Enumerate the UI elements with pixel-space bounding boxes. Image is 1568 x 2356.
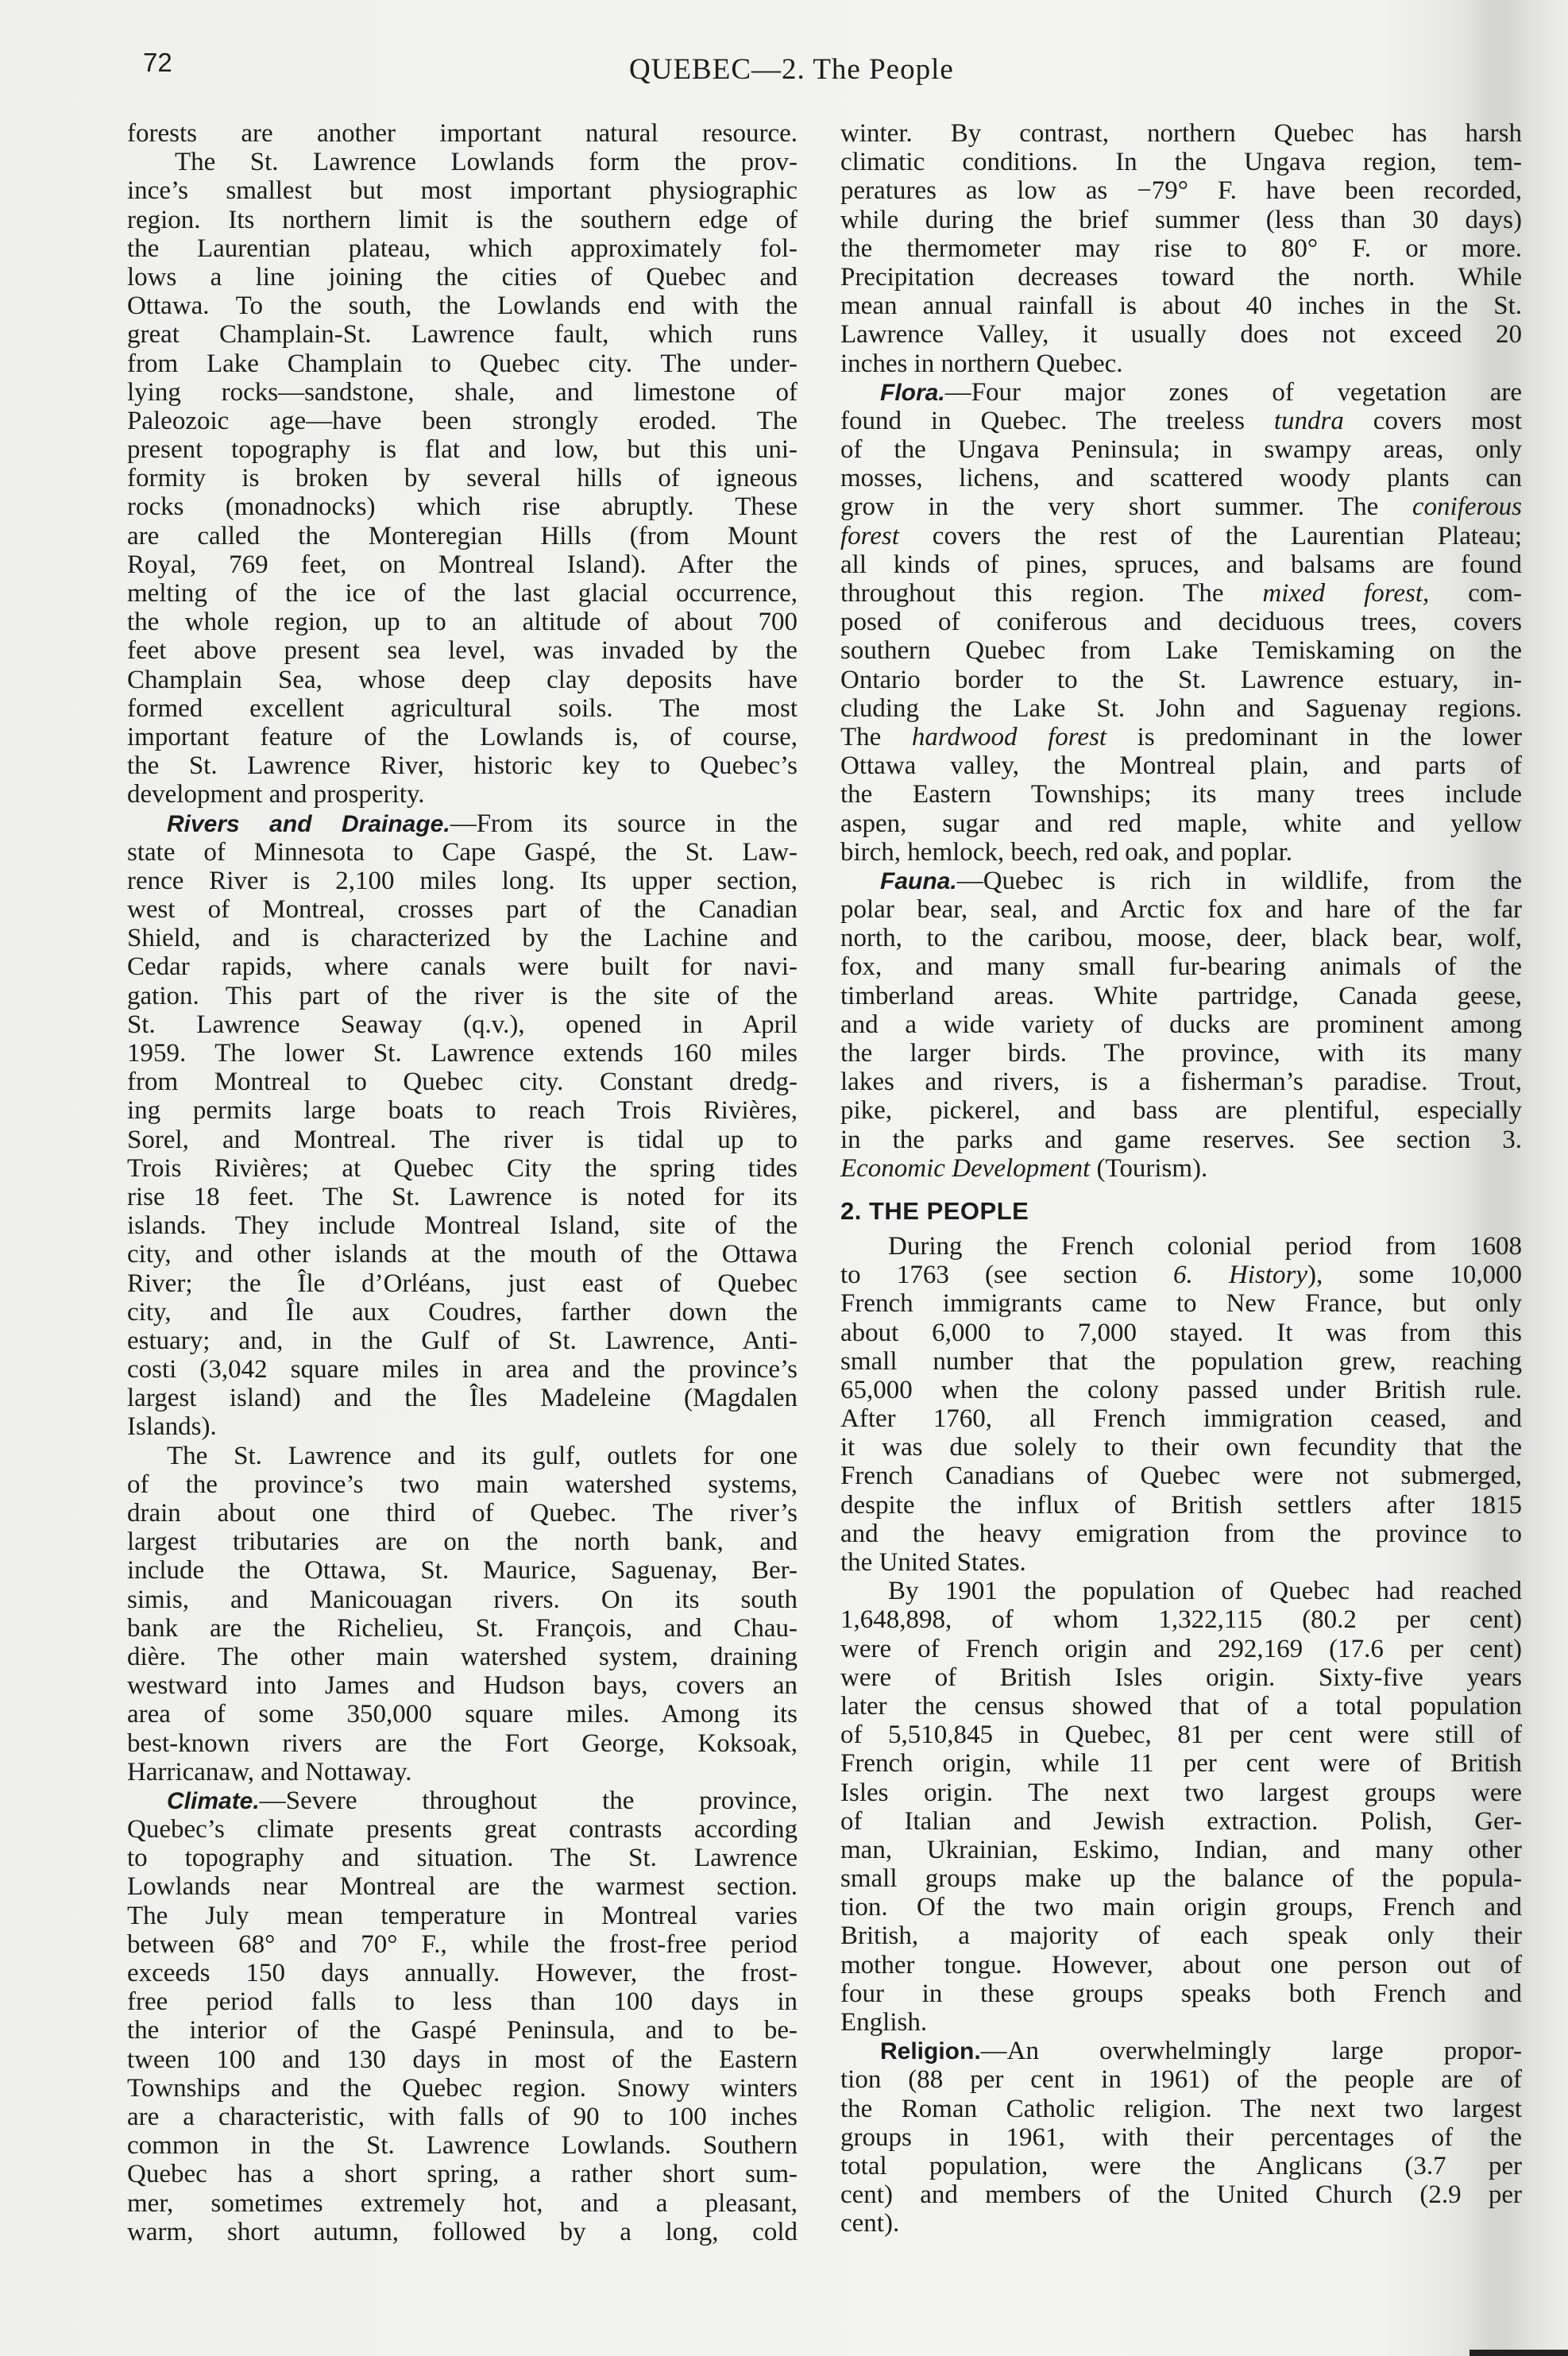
text-line: Paleozoic age—have been strongly eroded.… <box>127 407 798 435</box>
text-line: polar bear, seal, and Arctic fox and har… <box>840 895 1522 924</box>
text-line: 1959. The lower St. Lawrence extends 160… <box>127 1039 798 1068</box>
text-line: the whole region, up to an altitude of a… <box>127 608 798 636</box>
text-line: city, and Île aux Coudres, farther down … <box>127 1298 798 1327</box>
text-line: region. Its northern limit is the southe… <box>127 206 798 234</box>
text-line: about 6,000 to 7,000 stayed. It was from… <box>840 1319 1522 1347</box>
text-line: tion (88 per cent in 1961) of the people… <box>840 2065 1522 2094</box>
right-column-upper: winter. By contrast, northern Quebec has… <box>840 119 1522 1183</box>
text-line: small groups make up the balance of the … <box>840 1864 1522 1893</box>
text-line: inches in northern Quebec. <box>840 350 1522 378</box>
text-line: were of British Isles origin. Sixty-five… <box>840 1663 1522 1692</box>
text-line: During the French colonial period from 1… <box>840 1232 1522 1261</box>
text-line: ing permits large boats to reach Trois R… <box>127 1096 798 1125</box>
text-line: of the Ungava Peninsula; in swampy areas… <box>840 435 1522 464</box>
text-line: bank are the Richelieu, St. François, an… <box>127 1614 798 1643</box>
text-line: melting of the ice of the last glacial o… <box>127 579 798 608</box>
text-line: while during the brief summer (less than… <box>840 206 1522 234</box>
text-line: Quebec’s climate presents great contrast… <box>127 1815 798 1844</box>
right-column-lower: During the French colonial period from 1… <box>840 1232 1522 2238</box>
text-line: By 1901 the population of Quebec had rea… <box>840 1577 1522 1605</box>
text-line: cluding the Lake St. John and Saguenay r… <box>840 694 1522 723</box>
text-line: total population, were the Anglicans (3.… <box>840 2152 1522 2180</box>
text-line: tion. Of the two main origin groups, Fre… <box>840 1893 1522 1921</box>
text-line: Fauna.—Quebec is rich in wildlife, from … <box>840 867 1522 895</box>
italic-term: 6. History <box>1173 1261 1307 1289</box>
text-line: area of some 350,000 square miles. Among… <box>127 1700 798 1728</box>
text-line: Townships and the Quebec region. Snowy w… <box>127 2074 798 2103</box>
text-line: ince’s smallest but most important physi… <box>127 176 798 205</box>
text-line: and a wide variety of ducks are prominen… <box>840 1010 1522 1039</box>
text-line: feet above present sea level, was invade… <box>127 636 798 665</box>
text-line: free period falls to less than 100 days … <box>127 1987 798 2016</box>
text-line: lows a line joining the cities of Quebec… <box>127 263 798 292</box>
text-line: rocks (monadnocks) which rise abruptly. … <box>127 492 798 521</box>
italic-term: Economic Development <box>840 1154 1090 1183</box>
text-line: throughout this region. The mixed forest… <box>840 579 1522 608</box>
text-line: winter. By contrast, northern Quebec has… <box>840 119 1522 148</box>
text-line: north, to the caribou, moose, deer, blac… <box>840 924 1522 952</box>
italic-term: forest <box>840 522 899 550</box>
text-line: mosses, lichens, and scattered woody pla… <box>840 464 1522 492</box>
text-line: mean annual rainfall is about 40 inches … <box>840 292 1522 320</box>
text-line: Rivers and Drainage.—From its source in … <box>127 809 798 838</box>
text-line: posed of coniferous and deciduous trees,… <box>840 608 1522 636</box>
text-line: to 1763 (see section 6. History), some 1… <box>840 1261 1522 1289</box>
text-line: four in these groups speaks both French … <box>840 1979 1522 2008</box>
text-line: city, and other islands at the mouth of … <box>127 1240 798 1269</box>
text-line: Sorel, and Montreal. The river is tidal … <box>127 1126 798 1154</box>
text-line: exceeds 150 days annually. However, the … <box>127 1959 798 1987</box>
text-line: fox, and many small fur-bearing animals … <box>840 952 1522 981</box>
text-line: and the heavy emigration from the provin… <box>840 1520 1522 1548</box>
left-column: forests are another important natural re… <box>127 119 798 2246</box>
text-line: Isles origin. The next two largest group… <box>840 1779 1522 1807</box>
text-line: development and prosperity. <box>127 780 798 809</box>
page-edge <box>1470 2350 1568 2356</box>
text-line: all kinds of pines, spruces, and balsams… <box>840 550 1522 579</box>
text-line: between 68° and 70° F., while the frost-… <box>127 1930 798 1959</box>
text-line: Economic Development (Tourism). <box>840 1154 1522 1183</box>
text-line: simis, and Manicouagan rivers. On its so… <box>127 1585 798 1614</box>
text-line: peratures as low as −79° F. have been re… <box>840 176 1522 205</box>
text-line: Precipitation decreases toward the north… <box>840 263 1522 292</box>
text-line: important feature of the Lowlands is, of… <box>127 723 798 751</box>
text-line: despite the influx of British settlers a… <box>840 1491 1522 1520</box>
text-line: climatic conditions. In the Ungava regio… <box>840 148 1522 176</box>
text-line: rence River is 2,100 miles long. Its upp… <box>127 867 798 895</box>
text-line: Flora.—Four major zones of vegetation ar… <box>840 378 1522 407</box>
text-line: The hardwood forest is predominant in th… <box>840 723 1522 751</box>
text-line: estuary; and, in the Gulf of St. Lawrenc… <box>127 1327 798 1355</box>
text-line: great Champlain-St. Lawrence fault, whic… <box>127 320 798 349</box>
text-line: lying rocks—sandstone, shale, and limest… <box>127 378 798 407</box>
section-heading-the-people: 2. THE PEOPLE <box>840 1188 1522 1232</box>
text-line: of the province’s two main watershed sys… <box>127 1470 798 1499</box>
text-line: the interior of the Gaspé Peninsula, and… <box>127 2016 798 2045</box>
text-line: mother tongue. However, about one person… <box>840 1951 1522 1979</box>
paragraph-run-in-heading: Rivers and Drainage. <box>167 811 450 837</box>
text-line: formed excellent agricultural soils. The… <box>127 694 798 723</box>
text-line: French immigrants came to New France, bu… <box>840 1289 1522 1318</box>
text-line: man, Ukrainian, Eskimo, Indian, and many… <box>840 1836 1522 1864</box>
paragraph-run-in-heading: Fauna. <box>880 868 957 894</box>
text-line: aspen, sugar and red maple, white and ye… <box>840 809 1522 838</box>
text-line: are called the Monteregian Hills (from M… <box>127 522 798 550</box>
text-line: After 1760, all French immigration cease… <box>840 1404 1522 1433</box>
text-line: drain about one third of Quebec. The riv… <box>127 1499 798 1528</box>
text-line: in the parks and game reserves. See sect… <box>840 1126 1522 1154</box>
text-line: tween 100 and 130 days in most of the Ea… <box>127 2045 798 2074</box>
text-line: The St. Lawrence and its gulf, outlets f… <box>127 1442 798 1470</box>
text-line: of 5,510,845 in Quebec, 81 per cent were… <box>840 1721 1522 1749</box>
text-line: British, a majority of each speak only t… <box>840 1921 1522 1950</box>
text-line: River; the Île d’Orléans, just east of Q… <box>127 1269 798 1298</box>
text-line: the Laurentian plateau, which approximat… <box>127 234 798 263</box>
text-line: cent) and members of the United Church (… <box>840 2180 1522 2209</box>
text-line: the thermometer may rise to 80° F. or mo… <box>840 234 1522 263</box>
text-line: birch, hemlock, beech, red oak, and popl… <box>840 838 1522 867</box>
text-line: best-known rivers are the Fort George, K… <box>127 1729 798 1758</box>
text-line: the larger birds. The province, with its… <box>840 1039 1522 1068</box>
text-line: formity is broken by several hills of ig… <box>127 464 798 492</box>
text-line: French origin, while 11 per cent were of… <box>840 1749 1522 1778</box>
running-head: 72 QUEBEC—2. The People <box>0 41 1568 89</box>
text-line: timberland areas. White partridge, Canad… <box>840 982 1522 1010</box>
text-line: warm, short autumn, followed by a long, … <box>127 2218 798 2246</box>
text-line: forests are another important natural re… <box>127 119 798 148</box>
text-line: cent). <box>840 2209 1522 2238</box>
text-line: to topography and situation. The St. Law… <box>127 1844 798 1872</box>
text-line: the St. Lawrence River, historic key to … <box>127 751 798 780</box>
text-line: Cedar rapids, where canals were built fo… <box>127 952 798 981</box>
text-line: the Eastern Townships; its many trees in… <box>840 780 1522 809</box>
paragraph-run-in-heading: Religion. <box>880 2038 981 2064</box>
text-line: Champlain Sea, whose deep clay deposits … <box>127 666 798 694</box>
text-line: The St. Lawrence Lowlands form the prov- <box>127 148 798 176</box>
text-line: later the census showed that of a total … <box>840 1692 1522 1721</box>
text-line: largest island) and the Îles Madeleine (… <box>127 1384 798 1412</box>
text-line: Ottawa. To the south, the Lowlands end w… <box>127 292 798 320</box>
page-number: 72 <box>143 48 172 78</box>
text-line: French Canadians of Quebec were not subm… <box>840 1462 1522 1490</box>
text-line: present topography is flat and low, but … <box>127 435 798 464</box>
text-line: 65,000 when the colony passed under Brit… <box>840 1376 1522 1404</box>
text-line: the Roman Catholic religion. The next tw… <box>840 2095 1522 2123</box>
text-line: Harricanaw, and Nottaway. <box>127 1758 798 1786</box>
text-line: forest covers the rest of the Laurentian… <box>840 522 1522 550</box>
text-line: Lawrence Valley, it usually does not exc… <box>840 320 1522 349</box>
text-line: islands. They include Montreal Island, s… <box>127 1211 798 1240</box>
italic-term: mixed forest, <box>1262 579 1429 608</box>
text-line: gation. This part of the river is the si… <box>127 982 798 1010</box>
text-line: small number that the population grew, r… <box>840 1347 1522 1376</box>
text-line: were of French origin and 292,169 (17.6 … <box>840 1635 1522 1663</box>
text-line: Royal, 769 feet, on Montreal Island). Af… <box>127 550 798 579</box>
text-line: found in Quebec. The treeless tundra cov… <box>840 407 1522 435</box>
text-line: from Lake Champlain to Quebec city. The … <box>127 350 798 378</box>
text-line: Quebec has a short spring, a rather shor… <box>127 2160 798 2188</box>
text-line: St. Lawrence Seaway (q.v.), opened in Ap… <box>127 1010 798 1039</box>
book-page: 72 QUEBEC—2. The People forests are anot… <box>0 0 1568 2356</box>
text-line: Climate.—Severe throughout the province, <box>127 1786 798 1815</box>
text-line: Ottawa valley, the Montreal plain, and p… <box>840 751 1522 780</box>
paragraph-run-in-heading: Flora. <box>880 380 945 406</box>
text-line: pike, pickerel, and bass are plentiful, … <box>840 1096 1522 1125</box>
text-line: Religion.—An overwhelmingly large propor… <box>840 2037 1522 2065</box>
text-line: dière. The other main watershed system, … <box>127 1643 798 1671</box>
text-line: Shield, and is characterized by the Lach… <box>127 924 798 952</box>
right-column: winter. By contrast, northern Quebec has… <box>840 119 1522 2238</box>
italic-term: hardwood forest <box>912 723 1106 751</box>
running-title: QUEBEC—2. The People <box>629 52 954 87</box>
text-line: from Montreal to Quebec city. Constant d… <box>127 1068 798 1096</box>
text-line: English. <box>840 2008 1522 2037</box>
text-line: Trois Rivières; at Quebec City the sprin… <box>127 1154 798 1183</box>
text-line: include the Ottawa, St. Maurice, Saguena… <box>127 1556 798 1585</box>
italic-term: tundra <box>1274 407 1344 435</box>
text-line: Lowlands near Montreal are the warmest s… <box>127 1872 798 1901</box>
text-line: groups in 1961, with their percentages o… <box>840 2123 1522 2152</box>
text-line: Ontario border to the St. Lawrence estua… <box>840 666 1522 694</box>
text-line: The July mean temperature in Montreal va… <box>127 1902 798 1930</box>
italic-term: coniferous <box>1412 492 1522 521</box>
text-line: of Italian and Jewish extraction. Polish… <box>840 1807 1522 1836</box>
text-line: west of Montreal, crosses part of the Ca… <box>127 895 798 924</box>
text-line: it was due solely to their own fecundity… <box>840 1433 1522 1462</box>
text-line: state of Minnesota to Cape Gaspé, the St… <box>127 838 798 867</box>
text-line: the United States. <box>840 1548 1522 1577</box>
text-line: mer, sometimes extremely hot, and a plea… <box>127 2189 798 2218</box>
text-line: Islands). <box>127 1412 798 1441</box>
text-line: are a characteristic, with falls of 90 t… <box>127 2103 798 2131</box>
text-line: costi (3,042 square miles in area and th… <box>127 1355 798 1384</box>
text-line: common in the St. Lawrence Lowlands. Sou… <box>127 2131 798 2160</box>
text-line: largest tributaries are on the north ban… <box>127 1528 798 1556</box>
text-line: rise 18 feet. The St. Lawrence is noted … <box>127 1183 798 1211</box>
text-line: 1,648,898, of whom 1,322,115 (80.2 per c… <box>840 1605 1522 1634</box>
text-line: grow in the very short summer. The conif… <box>840 492 1522 521</box>
text-line: lakes and rivers, is a fisherman’s parad… <box>840 1068 1522 1096</box>
text-line: westward into James and Hudson bays, cov… <box>127 1671 798 1700</box>
text-line: southern Quebec from Lake Temiskaming on… <box>840 636 1522 665</box>
paragraph-run-in-heading: Climate. <box>167 1788 260 1814</box>
